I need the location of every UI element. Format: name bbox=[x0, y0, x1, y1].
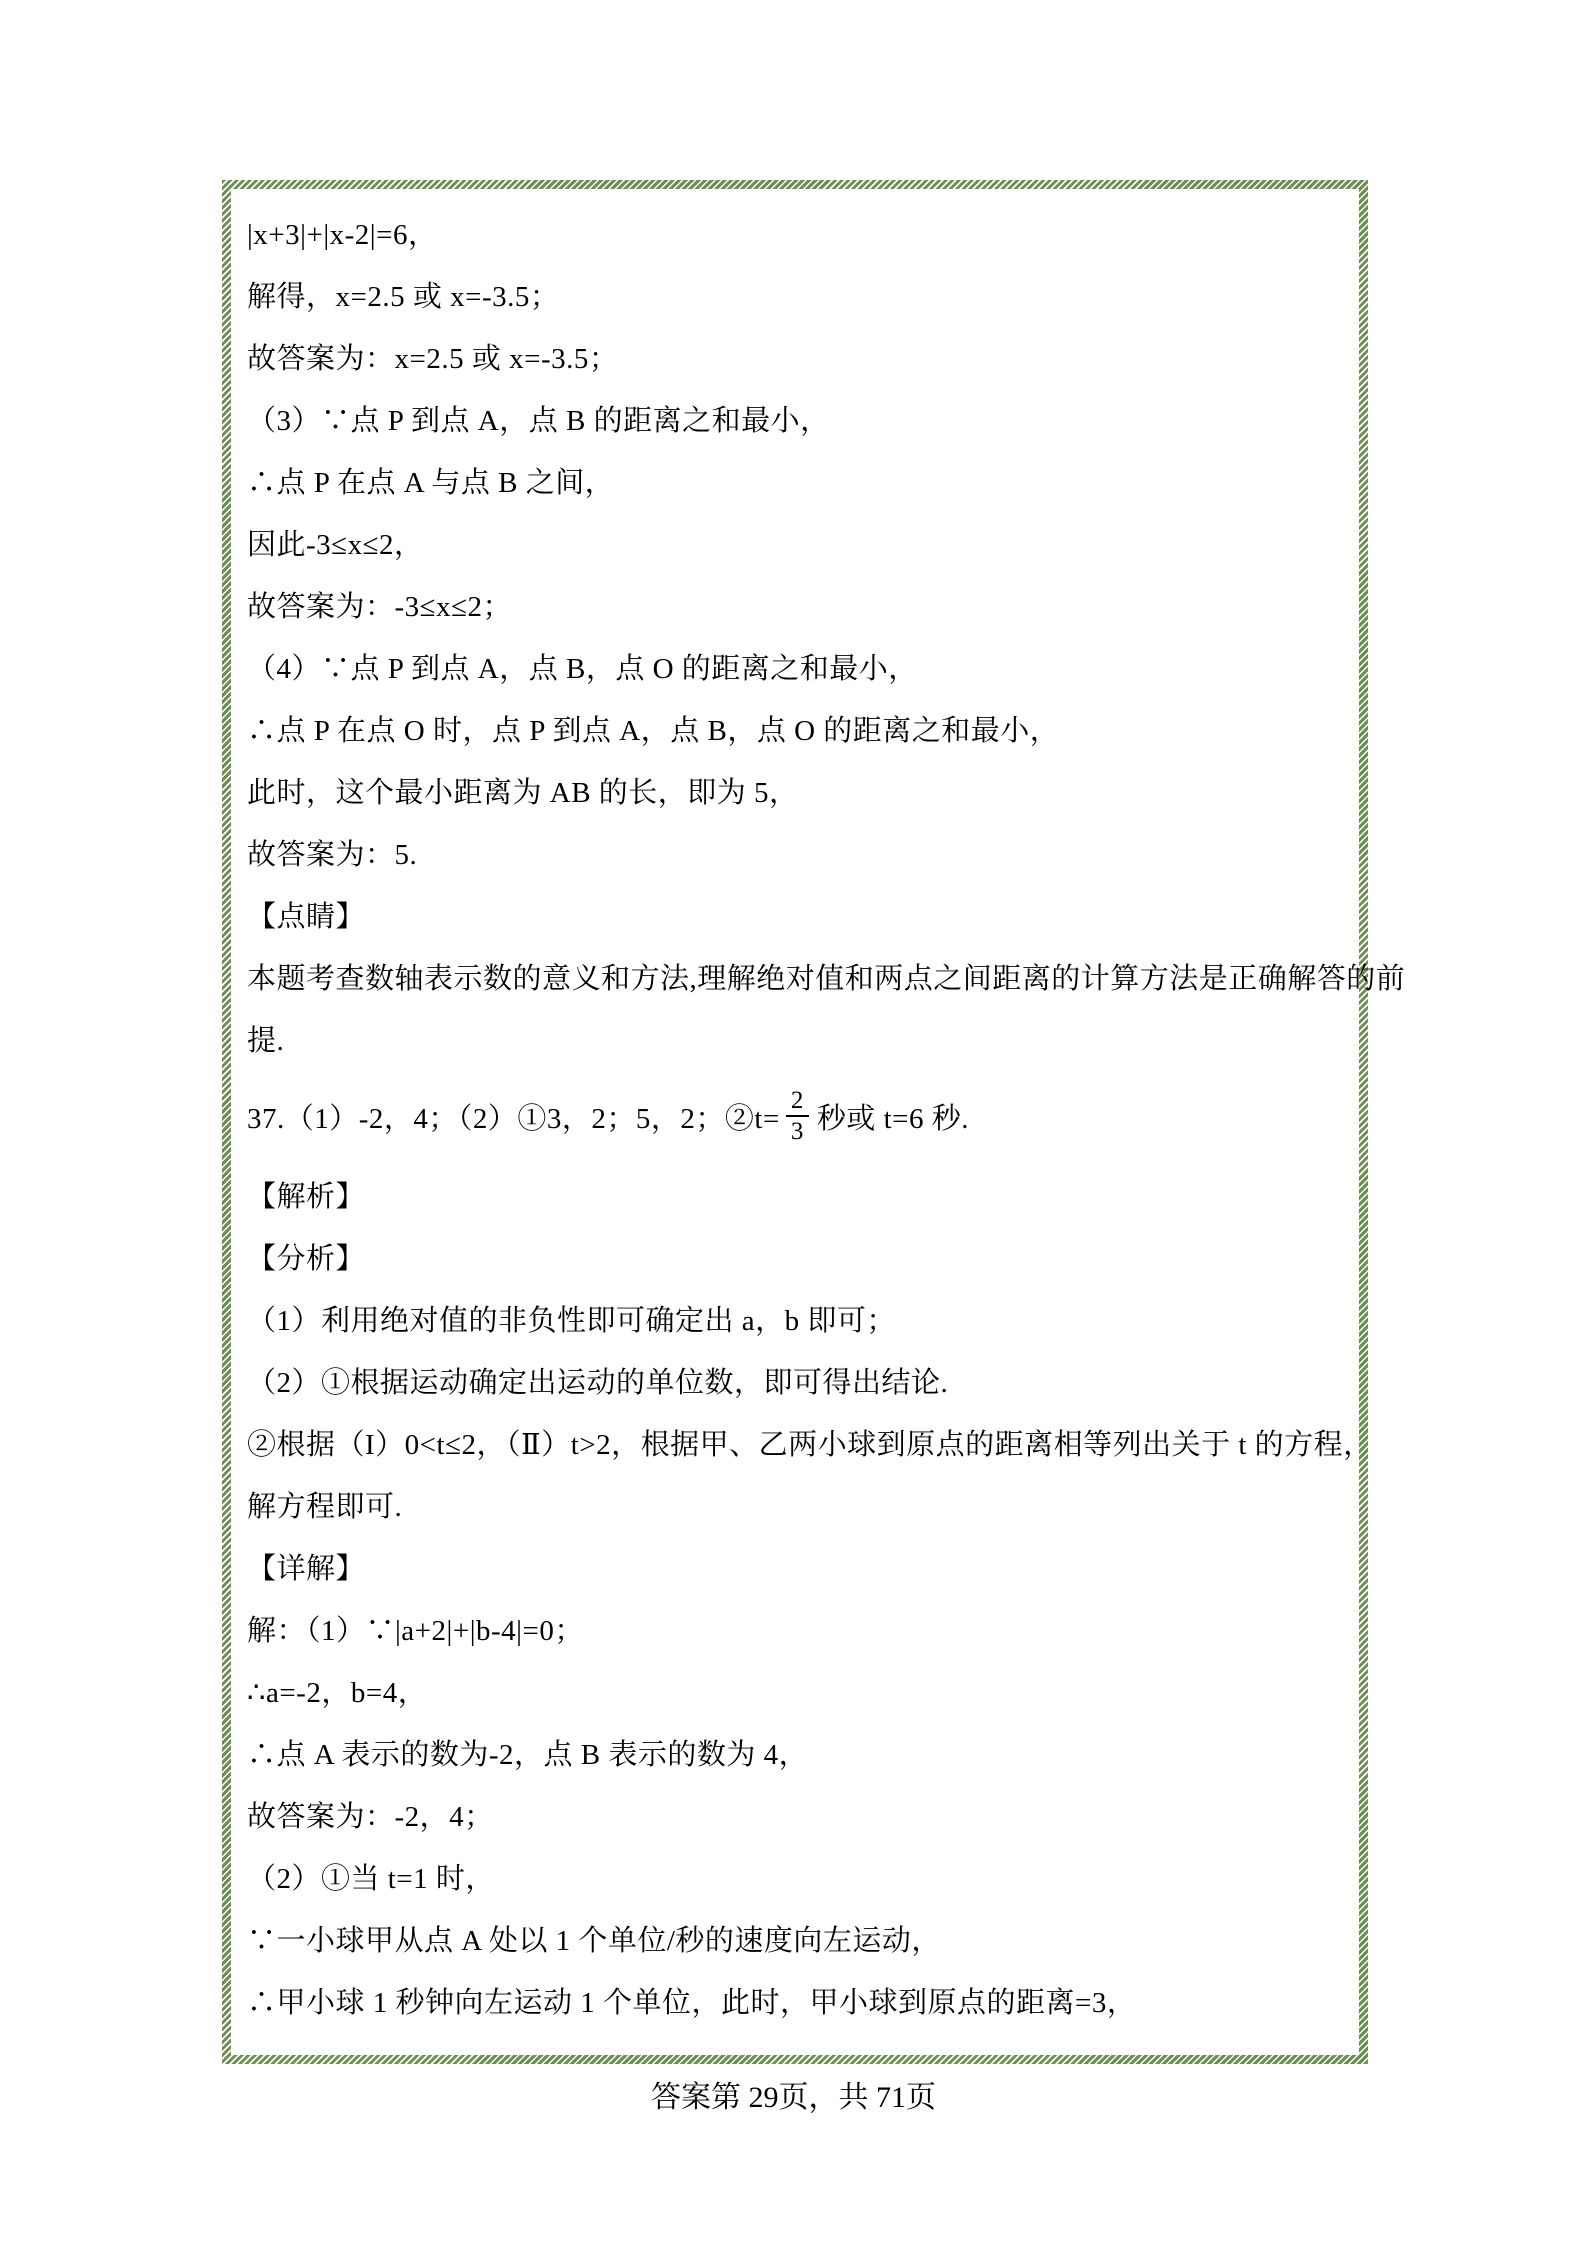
text-line: 提. bbox=[247, 1007, 1345, 1069]
text-line: 因此-3≤x≤2， bbox=[247, 511, 1345, 573]
text-line: ∴a=-2，b=4， bbox=[247, 1659, 1345, 1721]
text-line: ∴点 A 表示的数为-2，点 B 表示的数为 4， bbox=[247, 1721, 1345, 1783]
text-line: 解方程即可. bbox=[247, 1473, 1345, 1535]
text-line: 本题考查数轴表示数的意义和方法,理解绝对值和两点之间距离的计算方法是正确解答的前 bbox=[247, 945, 1345, 1007]
text-line: 解：（1）∵|a+2|+|b-4|=0； bbox=[247, 1597, 1345, 1659]
text-line: 故答案为：5. bbox=[247, 821, 1345, 883]
text-line: ∴点 P 在点 A 与点 B 之间， bbox=[247, 449, 1345, 511]
decorative-striped-border: |x+3|+|x-2|=6， 解得，x=2.5 或 x=-3.5； 故答案为：x… bbox=[222, 180, 1368, 2064]
fraction-two-thirds: 23 bbox=[786, 1087, 809, 1146]
text-line: （2）①当 t=1 时， bbox=[247, 1845, 1345, 1907]
text-line: ∴甲小球 1 秒钟向左运动 1 个单位，此时，甲小球到原点的距离=3， bbox=[247, 1969, 1345, 2031]
answer-line-37: 37.（1）-2，4；（2）①3，2；5，2；②t=23秒或 t=6 秒. bbox=[247, 1069, 1345, 1163]
text-line: 此时，这个最小距离为 AB 的长，即为 5， bbox=[247, 759, 1345, 821]
section-label-jiexi: 【解析】 bbox=[247, 1163, 1345, 1225]
text-line: ②根据（I）0<t≤2，（Ⅱ）t>2，根据甲、乙两小球到原点的距离相等列出关于 … bbox=[247, 1411, 1345, 1473]
answer-suffix: 秒或 t=6 秒. bbox=[817, 1096, 969, 1137]
text-line: |x+3|+|x-2|=6， bbox=[247, 201, 1345, 263]
answer-prefix: 37.（1）-2，4；（2）①3，2；5，2；②t= bbox=[247, 1096, 780, 1137]
text-line: 故答案为：-3≤x≤2； bbox=[247, 573, 1345, 635]
text-line: （4）∵点 P 到点 A，点 B，点 O 的距离之和最小， bbox=[247, 635, 1345, 697]
text-line: ∵一小球甲从点 A 处以 1 个单位/秒的速度向左运动， bbox=[247, 1907, 1345, 1969]
page-footer: 答案第 29页，共 71页 bbox=[0, 2072, 1587, 2116]
document-page: |x+3|+|x-2|=6， 解得，x=2.5 或 x=-3.5； 故答案为：x… bbox=[0, 0, 1587, 2245]
text-line: （3）∵点 P 到点 A，点 B 的距离之和最小， bbox=[247, 387, 1345, 449]
text-line: 解得，x=2.5 或 x=-3.5； bbox=[247, 263, 1345, 325]
text-line: （1）利用绝对值的非负性即可确定出 a，b 即可； bbox=[247, 1287, 1345, 1349]
section-label-fenxi: 【分析】 bbox=[247, 1225, 1345, 1287]
section-label-xiangjie: 【详解】 bbox=[247, 1535, 1345, 1597]
text-line: ∴点 P 在点 O 时，点 P 到点 A，点 B，点 O 的距离之和最小， bbox=[247, 697, 1345, 759]
fraction-denominator: 3 bbox=[791, 1117, 804, 1146]
fraction-numerator: 2 bbox=[786, 1087, 809, 1118]
section-label-dianjing: 【点睛】 bbox=[247, 883, 1345, 945]
text-line: 故答案为：-2，4； bbox=[247, 1783, 1345, 1845]
text-line: 故答案为：x=2.5 或 x=-3.5； bbox=[247, 325, 1345, 387]
solution-text-area: |x+3|+|x-2|=6， 解得，x=2.5 或 x=-3.5； 故答案为：x… bbox=[231, 189, 1359, 2055]
text-line: （2）①根据运动确定出运动的单位数，即可得出结论. bbox=[247, 1349, 1345, 1411]
